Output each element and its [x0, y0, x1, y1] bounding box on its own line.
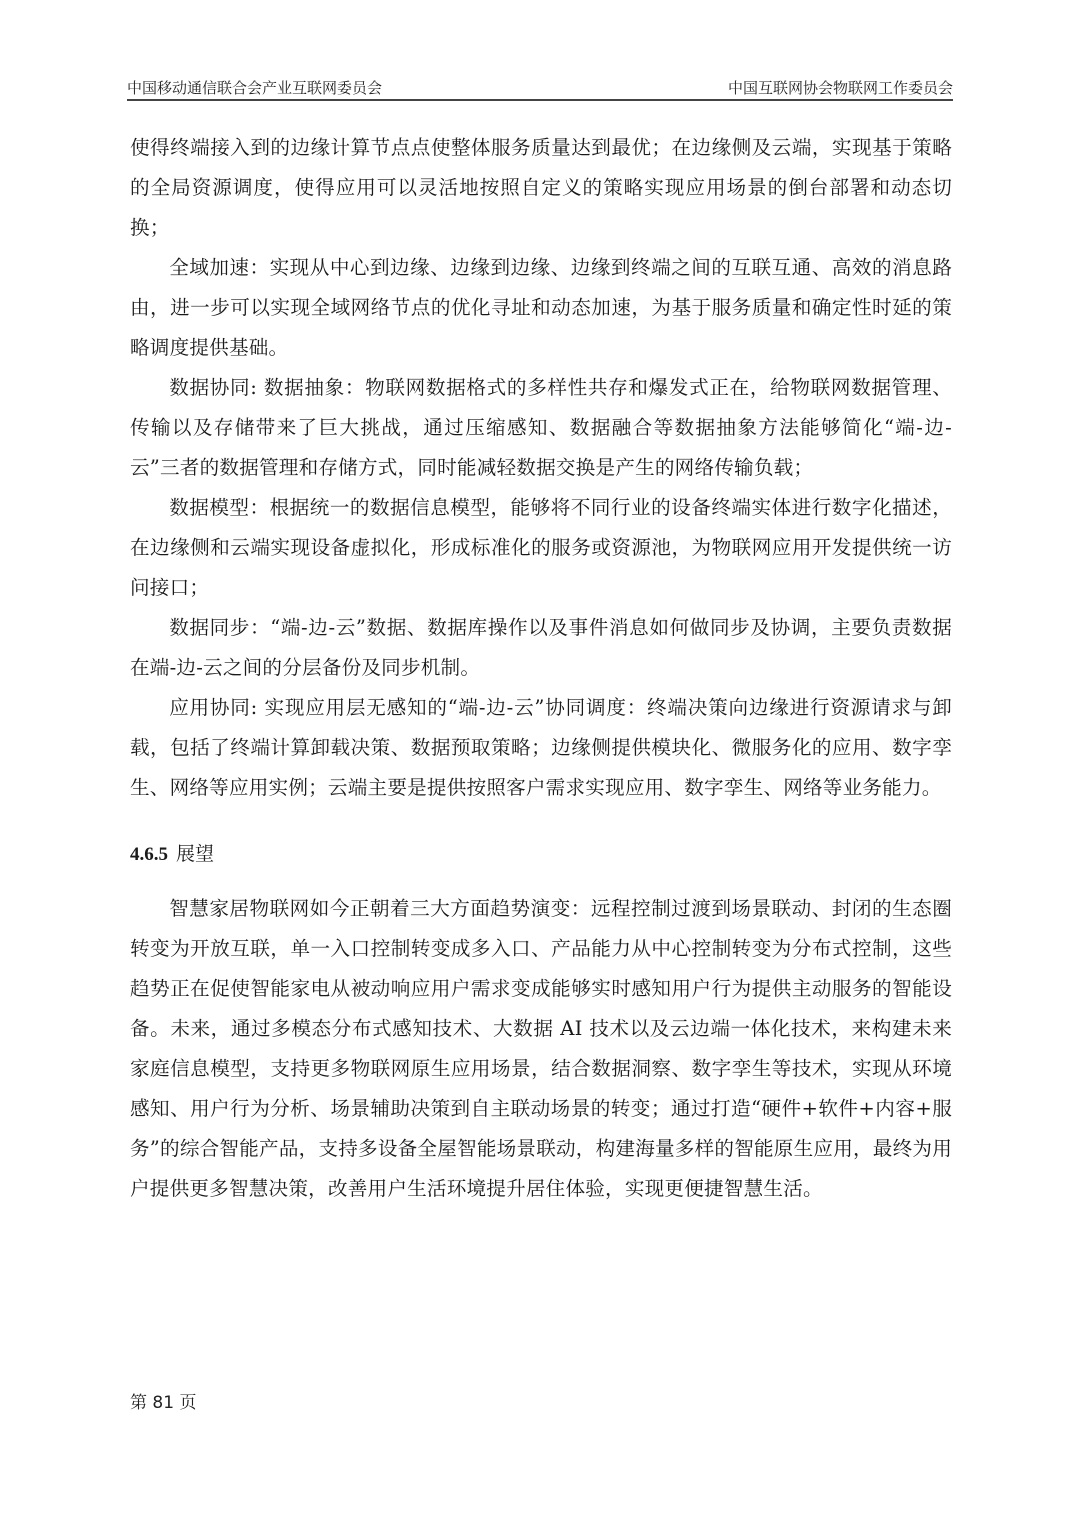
paragraph-global-acceleration: 全域加速：实现从中心到边缘、边缘到边缘、边缘到终端之间的互联互通、高效的消息路由…: [130, 248, 952, 368]
paragraph-outlook: 智慧家居物联网如今正朝着三大方面趋势演变：远程控制过渡到场景联动、封闭的生态圈转…: [130, 889, 952, 1209]
document-body: 使得终端接入到的边缘计算节点点使整体服务质量达到最优；在边缘侧及云端，实现基于策…: [130, 128, 952, 1209]
header-divider: [127, 99, 953, 101]
section-number: 4.6.5: [130, 844, 168, 865]
section-heading: 4.6.5展望: [130, 834, 952, 875]
paragraph-app-collaboration: 应用协同: 实现应用层无感知的“端-边-云”协同调度：终端决策向边缘进行资源请求…: [130, 688, 952, 808]
header-left-org: 中国移动通信联合会产业互联网委员会: [127, 77, 382, 98]
paragraph-continuation: 使得终端接入到的边缘计算节点点使整体服务质量达到最优；在边缘侧及云端，实现基于策…: [130, 128, 952, 248]
header-right-org: 中国互联网协会物联网工作委员会: [728, 77, 953, 98]
paragraph-data-collaboration: 数据协同: 数据抽象：物联网数据格式的多样性共存和爆发式正在，给物联网数据管理、…: [130, 368, 952, 488]
paragraph-data-model: 数据模型：根据统一的数据信息模型，能够将不同行业的设备终端实体进行数字化描述，在…: [130, 488, 952, 608]
page-header: 中国移动通信联合会产业互联网委员会 中国互联网协会物联网工作委员会: [127, 72, 953, 98]
section-title: 展望: [176, 843, 214, 865]
paragraph-data-sync: 数据同步：“端-边-云”数据、数据库操作以及事件消息如何做同步及协调，主要负责数…: [130, 608, 952, 688]
page-number: 第 81 页: [130, 1388, 196, 1413]
